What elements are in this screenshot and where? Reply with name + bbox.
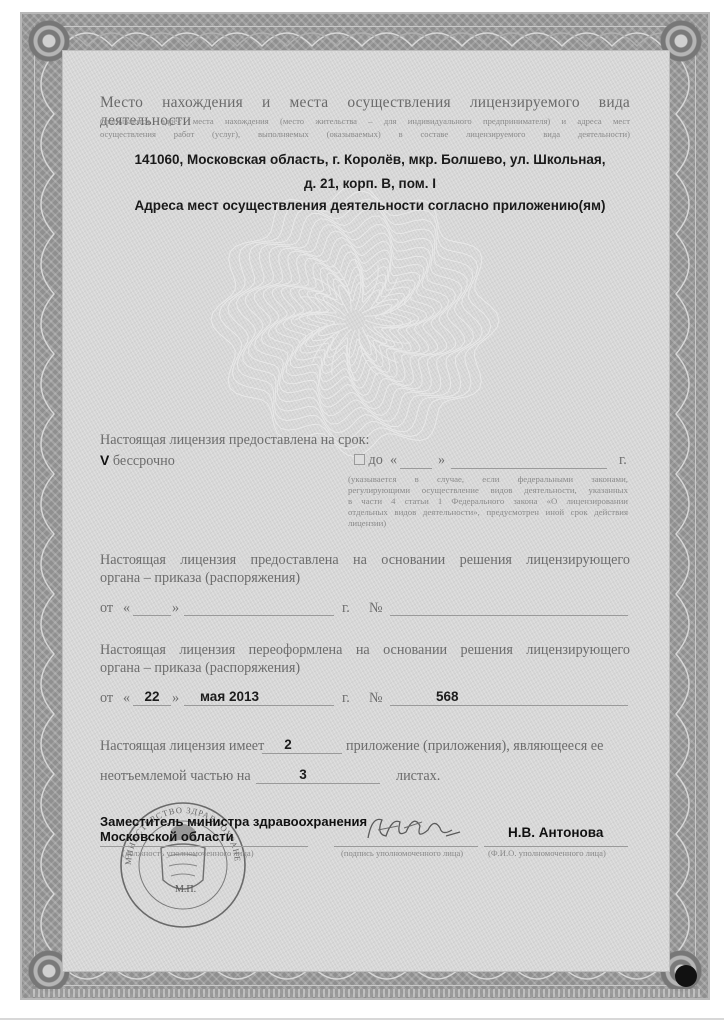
appendices-line1-prefix: Настоящая лицензия имеет: [100, 738, 264, 755]
granted-month-line: [184, 615, 334, 616]
term-note-line-4: отдельных видов деятельности», предусмот…: [348, 507, 628, 517]
reissued-from-label: от: [100, 690, 113, 707]
reissued-month-value: мая 2013: [200, 689, 259, 704]
appendices-line1-suffix: приложение (приложения), являющееся ее: [346, 738, 603, 755]
reissued-quote-open: «: [123, 690, 130, 707]
location-hint-line-1: (указываются адрес места нахождения (мес…: [100, 116, 630, 126]
location-hint-line-2: осуществления работ (услуг), выполняемых…: [100, 129, 630, 139]
reissued-quote-close: »: [172, 690, 179, 707]
printer-microtext-strip: [30, 989, 700, 997]
term-until-option: до: [354, 452, 383, 469]
name-line: [484, 846, 628, 847]
term-note-line-3: в части 4 статьи 1 Федерального закона «…: [348, 496, 628, 506]
scan-edge-line: [0, 1018, 724, 1020]
granted-day-line: [133, 615, 171, 616]
reissued-number-value: 568: [436, 689, 459, 704]
appendices-count-value: 2: [262, 737, 314, 752]
reissued-year-suffix: г.: [342, 690, 350, 707]
reissued-day-line: [133, 705, 171, 706]
appendices-count-line: [262, 753, 342, 754]
granted-from-label: от: [100, 600, 113, 617]
handwritten-signature: [362, 808, 472, 848]
term-quote-close: »: [438, 452, 445, 469]
granted-number-label: №: [369, 600, 383, 617]
reissued-basis-line-1: Настоящая лицензия переоформлена на осно…: [100, 642, 630, 659]
signatory-name: Н.В. Антонова: [508, 825, 603, 840]
term-day-line: [400, 468, 432, 469]
reissued-basis-line-2: органа – приказа (распоряжения): [100, 660, 300, 677]
term-note-line-1: (указывается в случае, если федеральными…: [348, 474, 628, 484]
term-until-label: до: [369, 452, 383, 468]
granted-number-line: [390, 615, 628, 616]
term-note-line-2: регулирующими осуществление видов деятел…: [348, 485, 628, 495]
appendices-line2-prefix: неотъемлемой частью на: [100, 768, 251, 785]
reissued-day-value: 22: [133, 689, 171, 704]
term-until-checkbox: [354, 454, 365, 465]
appendices-sheets-value: 3: [256, 767, 350, 782]
stamp-mp-text: М.П.: [175, 884, 196, 895]
punch-hole: [675, 965, 697, 987]
reissued-month-line: [184, 705, 334, 706]
granted-quote-close: »: [172, 600, 179, 617]
signatory-position-line-2: Московской области: [100, 829, 234, 844]
granted-basis-line-1: Настоящая лицензия предоставлена на осно…: [100, 552, 630, 569]
term-note-line-5: лицензии): [348, 518, 386, 528]
granted-year-suffix: г.: [342, 600, 350, 617]
signature-caption: (подпись уполномоченного лица): [341, 848, 463, 858]
term-quote-open: «: [390, 452, 397, 469]
checkmark-icon: V: [100, 452, 109, 468]
reissued-number-line: [390, 705, 628, 706]
term-date-line: [451, 468, 607, 469]
position-line: [100, 846, 308, 847]
reissued-number-label: №: [369, 690, 383, 707]
term-unlimited-label: бессрочно: [113, 453, 175, 469]
address-line-2: д. 21, корп. В, пом. I: [90, 176, 650, 191]
appendices-line2-suffix: листах.: [396, 768, 440, 785]
signatory-position-line-1: Заместитель министра здравоохранения: [100, 814, 367, 829]
name-caption: (Ф.И.О. уполномоченного лица): [488, 848, 606, 858]
appendices-sheets-line: [256, 783, 380, 784]
term-year-suffix: г.: [619, 452, 627, 469]
term-unlimited-option: V бессрочно: [100, 452, 175, 470]
signature-line: [334, 846, 478, 847]
document-content: Место нахождения и места осуществления л…: [0, 0, 724, 1024]
granted-basis-line-2: органа – приказа (распоряжения): [100, 570, 300, 587]
address-line-1: 141060, Московская область, г. Королёв, …: [90, 152, 650, 167]
term-label: Настоящая лицензия предоставлена на срок…: [100, 432, 369, 449]
activity-places-note: Адреса мест осуществления деятельности с…: [90, 198, 650, 213]
granted-quote-open: «: [123, 600, 130, 617]
position-caption: (должность уполномоченного лица): [122, 848, 254, 858]
